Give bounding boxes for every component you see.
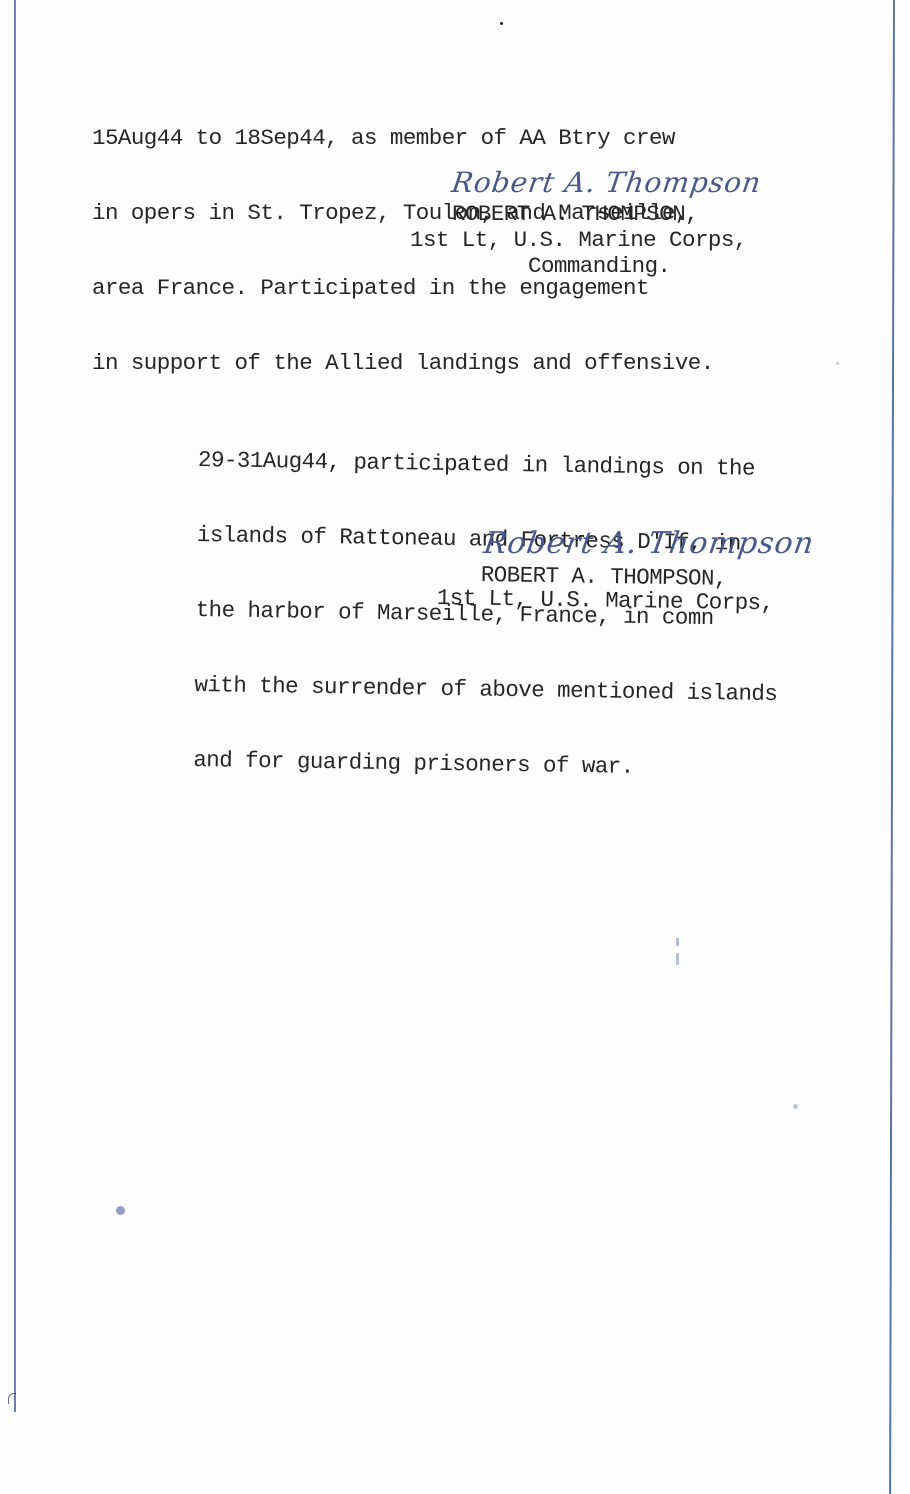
signer-rank-1: 1st Lt, U.S. Marine Corps, — [410, 228, 747, 253]
handwritten-signature-2: Robert A. Thompson — [482, 526, 817, 561]
ink-dot — [500, 22, 503, 25]
handwritten-signature-1: Robert A. Thompson — [450, 166, 764, 199]
scan-speck — [793, 1104, 798, 1109]
scan-speck — [116, 1206, 125, 1215]
overlap-fragment: Commanding. — [548, 359, 690, 379]
document-page: 15Aug44 to 18Sep44, as member of AA Btry… — [0, 0, 910, 1494]
entry-2-line-4: with the surrender of above mentioned is… — [194, 673, 777, 707]
scan-speck — [676, 938, 679, 946]
signer-name-1: ROBERT A. THOMPSON, — [452, 202, 698, 227]
entry-2-line-5: and for guarding prisoners of war. — [193, 748, 776, 782]
signer-role-2-cutoff: Commanding. — [558, 612, 700, 622]
entry-1-line-3: area France. Participated in the engagem… — [92, 276, 714, 301]
signer-role-1: Commanding. — [528, 254, 670, 279]
entry-2-line-1: 29-31Aug44, participated in landings on … — [198, 448, 781, 482]
entry-1-line-1: 15Aug44 to 18Sep44, as member of AA Btry… — [92, 126, 714, 151]
pen-mark — [8, 1393, 16, 1404]
scan-speck — [836, 362, 839, 365]
page-border-right — [889, 0, 895, 1494]
scan-speck — [676, 953, 679, 965]
page-border-left — [14, 0, 16, 1412]
